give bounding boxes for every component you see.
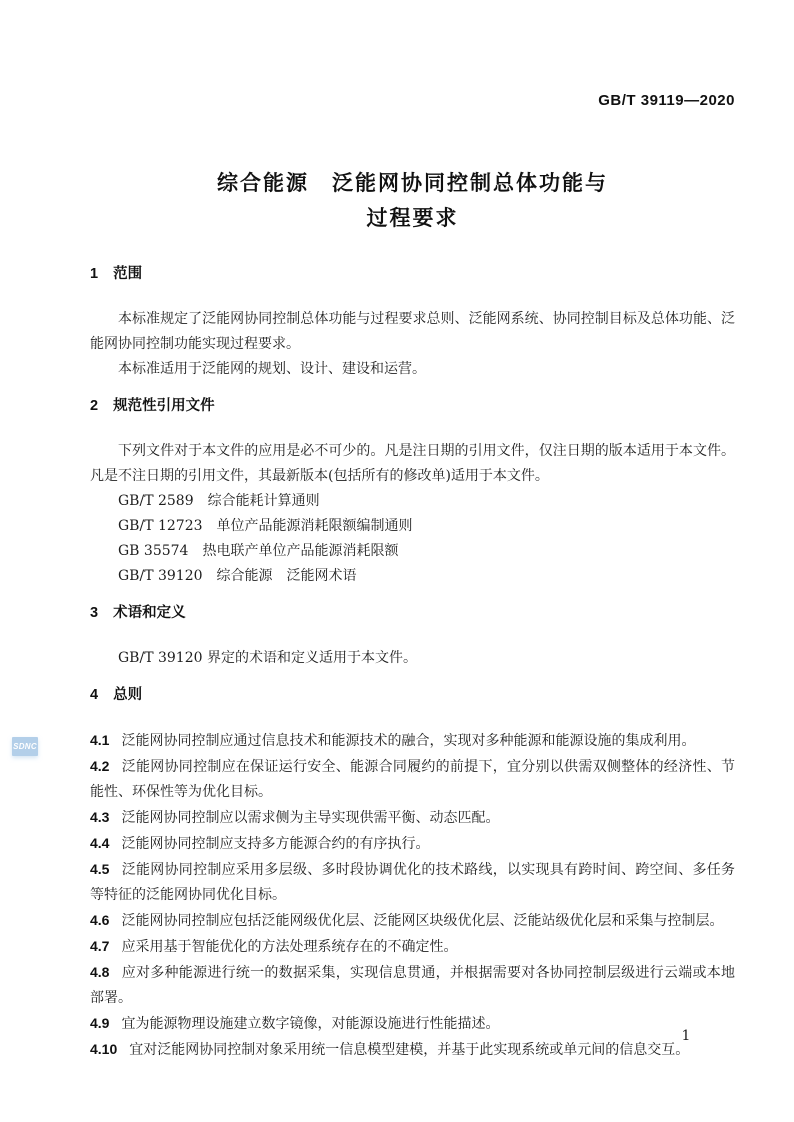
section-general-title: 总则 [113,687,142,703]
scope-paragraph-2: 本标准适用于泛能网的规划、设计、建设和运营。 [90,357,735,382]
clause-4-1-text: 泛能网协同控制应通过信息技术和能源技术的融合，实现对多种能源和能源设施的集成利用… [121,733,695,749]
reference-item: GB/T 12723 单位产品能源消耗限额编制通则 [90,514,735,539]
clause-4-4-text: 泛能网协同控制应支持多方能源合约的有序执行。 [121,836,429,852]
section-terms-heading: 3术语和定义 [90,601,735,626]
section-general-number: 4 [90,683,98,708]
source-watermark-tab: SDNC [12,737,38,756]
standard-number: GB/T 39119—2020 [90,0,735,110]
clause-4-5-text: 泛能网协同控制应采用多层级、多时段协调优化的技术路线，以实现具有跨时间、跨空间、… [90,862,735,903]
clause-4-8-text: 应对多种能源进行统一的数据采集，实现信息贯通，并根据需要对各协同控制层级进行云端… [90,965,735,1006]
clause-4-10-number: 4.10 [90,1037,117,1062]
clause-4-6-text: 泛能网协同控制应包括泛能网级优化层、泛能网区块级优化层、泛能站级优化层和采集与控… [121,913,723,929]
clause-4-8: 4.8应对多种能源进行统一的数据采集，实现信息贯通，并根据需要对各协同控制层级进… [90,960,735,1011]
section-scope-number: 1 [90,262,98,287]
page-content: GB/T 39119—2020 综合能源 泛能网协同控制总体功能与 过程要求 1… [90,0,735,1063]
references-intro: 下列文件对于本文件的应用是必不可少的。凡是注日期的引用文件，仅注日期的版本适用于… [90,439,735,489]
clause-4-9: 4.9宜为能源物理设施建立数字镜像，对能源设施进行性能描述。 [90,1011,735,1037]
section-scope-title: 范围 [113,266,142,282]
clause-4-1: 4.1泛能网协同控制应通过信息技术和能源技术的融合，实现对多种能源和能源设施的集… [90,728,735,754]
section-scope-heading: 1范围 [90,262,735,287]
clause-4-2-text: 泛能网协同控制应在保证运行安全、能源合同履约的前提下，宜分别以供需双侧整体的经济… [90,759,735,800]
clause-4-9-number: 4.9 [90,1011,109,1036]
clause-4-10: 4.10宜对泛能网协同控制对象采用统一信息模型建模，并基于此实现系统或单元间的信… [90,1037,735,1063]
section-references-title: 规范性引用文件 [113,398,215,414]
section-references-number: 2 [90,394,98,419]
reference-item: GB/T 2589 综合能耗计算通则 [90,489,735,514]
clause-4-5: 4.5泛能网协同控制应采用多层级、多时段协调优化的技术路线，以实现具有跨时间、跨… [90,857,735,908]
clause-4-2: 4.2泛能网协同控制应在保证运行安全、能源合同履约的前提下，宜分别以供需双侧整体… [90,754,735,805]
clause-4-4: 4.4泛能网协同控制应支持多方能源合约的有序执行。 [90,831,735,857]
clause-4-1-number: 4.1 [90,728,109,753]
terms-paragraph: GB/T 39120 界定的术语和定义适用于本文件。 [90,646,735,671]
clause-4-3: 4.3泛能网协同控制应以需求侧为主导实现供需平衡、动态匹配。 [90,805,735,831]
clause-4-7: 4.7应采用基于智能优化的方法处理系统存在的不确定性。 [90,934,735,960]
section-terms-number: 3 [90,601,98,626]
clause-4-4-number: 4.4 [90,831,109,856]
clause-4-3-number: 4.3 [90,805,109,830]
reference-item: GB/T 39120 综合能源 泛能网术语 [90,564,735,589]
document-title: 综合能源 泛能网协同控制总体功能与 过程要求 [90,166,735,236]
source-watermark-label: SDNC [13,742,37,751]
clause-4-10-text: 宜对泛能网协同控制对象采用统一信息模型建模，并基于此实现系统或单元间的信息交互。 [129,1042,689,1058]
section-references-heading: 2规范性引用文件 [90,394,735,419]
clause-4-7-text: 应采用基于智能优化的方法处理系统存在的不确定性。 [121,939,457,955]
clause-4-6: 4.6泛能网协同控制应包括泛能网级优化层、泛能网区块级优化层、泛能站级优化层和采… [90,908,735,934]
section-general-heading: 4总则 [90,683,735,708]
clause-4-5-number: 4.5 [90,857,109,882]
clause-4-2-number: 4.2 [90,754,109,779]
page-number: 1 [674,1028,698,1044]
clause-4-8-number: 4.8 [90,960,109,985]
document-title-line1: 综合能源 泛能网协同控制总体功能与 [90,166,735,201]
clause-4-6-number: 4.6 [90,908,109,933]
reference-item: GB 35574 热电联产单位产品能源消耗限额 [90,539,735,564]
section-terms-title: 术语和定义 [113,605,186,621]
scope-paragraph-1: 本标准规定了泛能网协同控制总体功能与过程要求总则、泛能网系统、协同控制目标及总体… [90,307,735,357]
document-page: SDNC GB/T 39119—2020 综合能源 泛能网协同控制总体功能与 过… [0,0,794,1122]
document-title-line2: 过程要求 [90,201,735,236]
clause-4-9-text: 宜为能源物理设施建立数字镜像，对能源设施进行性能描述。 [121,1016,499,1032]
clause-4-3-text: 泛能网协同控制应以需求侧为主导实现供需平衡、动态匹配。 [121,810,499,826]
clause-4-7-number: 4.7 [90,934,109,959]
